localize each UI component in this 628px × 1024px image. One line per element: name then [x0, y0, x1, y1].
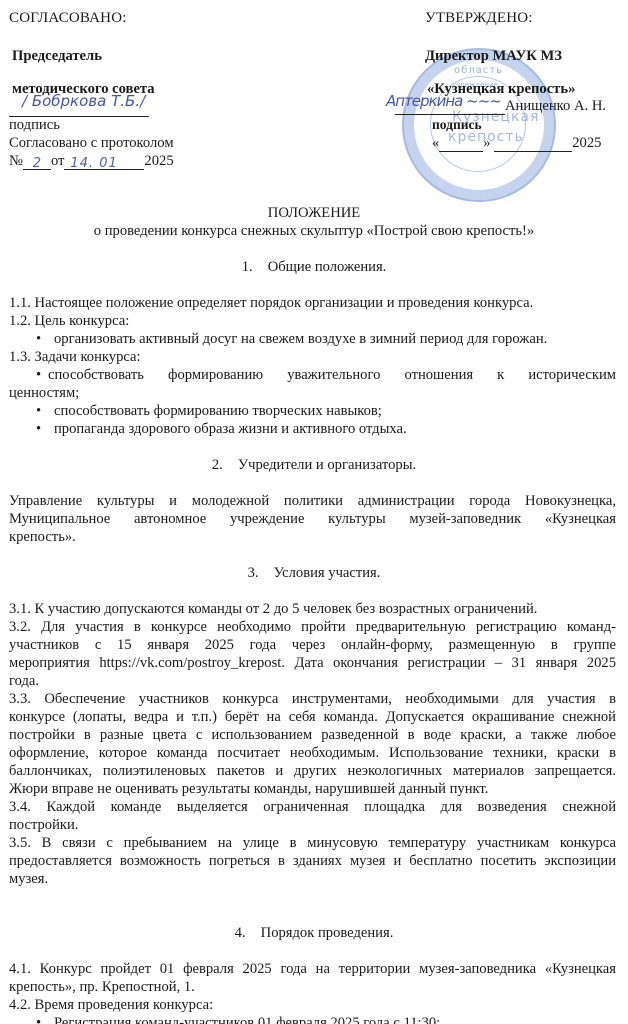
section-title: Общие положения.: [268, 259, 387, 275]
signature-caption-left: подпись: [9, 116, 60, 134]
date-close-quote: »: [483, 135, 490, 151]
section-number: 1.: [242, 258, 268, 276]
handwritten-signature-right: Аптеркина ~~~: [386, 92, 501, 110]
bullet-icon: •: [36, 420, 54, 438]
registration-link-line: мероприятия https://vk.com/postroy_krepo…: [9, 654, 616, 672]
bullet-icon: •: [36, 402, 54, 420]
bullet-icon: •: [36, 366, 48, 384]
section-4-body: 4.1. Конкурс пройдет 01 февраля 2025 год…: [9, 960, 616, 1014]
section-title: Учредители и организаторы.: [238, 457, 416, 473]
director-name: Анищенко А. Н.: [505, 97, 606, 115]
section-1-heading: 1.Общие положения.: [0, 258, 628, 276]
date-open-quote: «: [432, 135, 439, 151]
clause-1-1: 1.1. Настоящее положение определяет поря…: [9, 294, 533, 312]
document-page: СОГЛАСОВАНО: Председатель методического …: [0, 0, 628, 1024]
date-month-blank: [494, 136, 572, 152]
section-3-heading: 3.Условия участия.: [0, 564, 628, 582]
protocol-number-prefix: №: [9, 153, 23, 169]
section-number: 2.: [212, 456, 238, 474]
bullet-item: •организовать активный досуг на свежем в…: [36, 330, 547, 348]
protocol-from-label: от: [51, 153, 64, 169]
bullet-item: •способствовать формированию творческих …: [36, 402, 382, 420]
clause-3-5: 3.5. В связи с пребыванием на улице в ми…: [9, 834, 616, 852]
section-2-heading: 2.Учредители и организаторы.: [0, 456, 628, 474]
protocol-year: 2025: [144, 153, 173, 169]
clause-3-1: 3.1. К участию допускаются команды от 2 …: [9, 600, 616, 618]
section-number: 3.: [248, 564, 274, 582]
protocol-number: 2: [33, 156, 41, 171]
section-title: Условия участия.: [274, 565, 381, 581]
handwritten-signature-left: / Бобркова Т.Б./: [22, 92, 145, 110]
approval-right-role-line1: Директор МАУК МЗ: [425, 47, 562, 65]
bullet-icon: •: [36, 330, 54, 348]
date-day-blank: [439, 136, 483, 152]
clause-1-3: 1.3. Задачи конкурса:: [9, 348, 141, 366]
document-subtitle: о проведении конкурса снежных скульптур …: [0, 222, 628, 240]
date-year: 2025: [572, 135, 601, 151]
clause-4-1: 4.1. Конкурс пройдет 01 февраля 2025 год…: [9, 960, 616, 978]
approval-right-heading: УТВЕРЖДЕНО:: [425, 9, 533, 27]
clause-3-3: 3.3. Обеспечение участников конкурса инс…: [9, 690, 616, 708]
protocol-date: 14. 01: [64, 156, 117, 171]
clause-1-2: 1.2. Цель конкурса:: [9, 312, 129, 330]
approval-date-line: «» 2025: [432, 134, 601, 152]
signature-caption-right: подпись: [432, 116, 482, 134]
clause-3-2: 3.2. Для участия в конкурсе необходимо п…: [9, 618, 616, 636]
section-number: 4.: [235, 924, 261, 942]
protocol-label: Согласовано с протоколом: [9, 134, 174, 152]
bullet-continuation: ценностям;: [9, 384, 79, 402]
bullet-item: •пропаганда здорового образа жизни и акт…: [36, 420, 407, 438]
section-3-body: 3.1. К участию допускаются команды от 2 …: [9, 600, 616, 888]
approval-left-role-line1: Председатель: [12, 47, 102, 65]
document-title: ПОЛОЖЕНИЕ: [0, 204, 628, 222]
clause-4-2: 4.2. Время проведения конкурса:: [9, 996, 616, 1014]
section-4-heading: 4.Порядок проведения.: [0, 924, 628, 942]
section-2-body: Управление культуры и молодежной политик…: [9, 492, 616, 546]
clause-3-4: 3.4. Каждой команде выделяется ограничен…: [9, 798, 616, 816]
bullet-icon: •: [36, 1014, 54, 1024]
protocol-line: №2от14. 012025: [9, 152, 174, 170]
bullet-item: •способствовать формированию уважительно…: [36, 366, 616, 384]
section-title: Порядок проведения.: [261, 925, 394, 941]
approval-left-heading: СОГЛАСОВАНО:: [9, 9, 127, 27]
bullet-item: •Регистрация команд-участников 01 феврал…: [36, 1014, 440, 1024]
